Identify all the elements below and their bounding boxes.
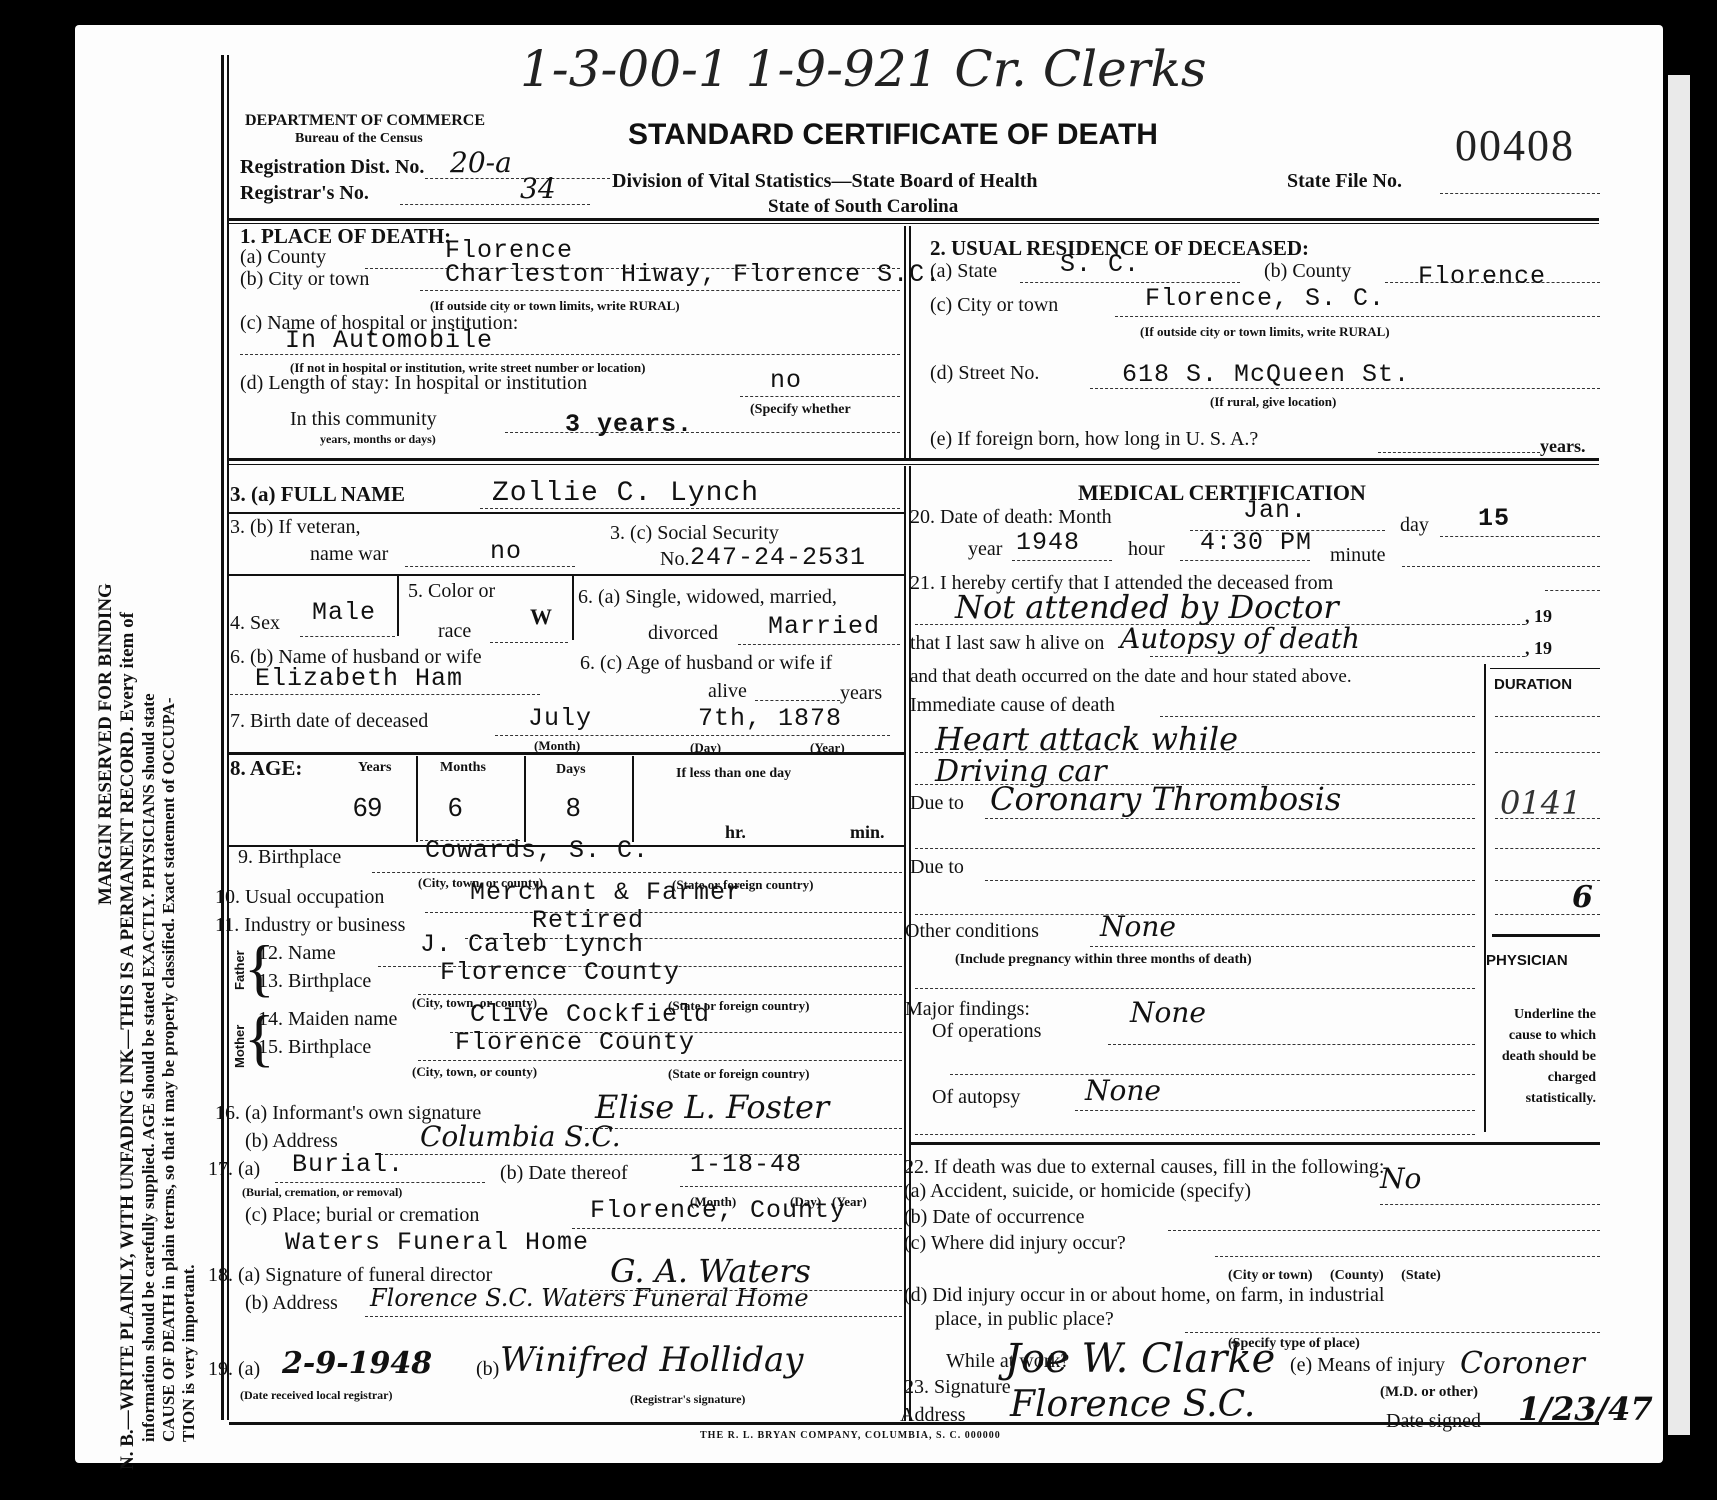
form-left-border-inner xyxy=(227,55,229,1420)
due-to-label-1: Due to xyxy=(910,792,964,815)
margin-line-1: MARGIN RESERVED FOR BINDING xyxy=(95,120,117,1470)
birth-date-line xyxy=(495,735,890,736)
age-col-divider-3 xyxy=(632,756,634,842)
immediate-line-1 xyxy=(1160,716,1475,717)
mother-city-note: (City, town, or county) xyxy=(412,1064,537,1080)
operations-line xyxy=(1108,1044,1475,1045)
external-b-label: (b) Date of occurrence xyxy=(904,1206,1084,1229)
color-line xyxy=(490,642,568,643)
age-col-divider-1 xyxy=(416,756,418,842)
death-hour-line xyxy=(1180,560,1310,561)
spouse-age-label-1: 6. (c) Age of husband or wife if xyxy=(580,652,832,675)
handwritten-annotation: 1-3-00-1 1-9-921 Cr. Clerks xyxy=(520,40,1207,98)
res-street-label: (d) Street No. xyxy=(930,362,1039,385)
community-label: In this community xyxy=(290,408,437,431)
registrar-no-line xyxy=(400,204,590,205)
burial-note: (Burial, cremation, or removal) xyxy=(242,1185,402,1200)
center-divider xyxy=(904,466,906,1421)
death-minute-line xyxy=(1402,566,1600,567)
death-year-label: year xyxy=(968,538,1002,561)
burial-place-label: (c) Place; burial or cremation xyxy=(245,1204,479,1227)
physician-note: Underline the cause to which death shoul… xyxy=(1488,1004,1596,1109)
burial-place-value: Florence, County xyxy=(590,1196,846,1225)
duration-heading: DURATION xyxy=(1494,676,1572,693)
registration-dist-value: 20-a xyxy=(450,146,512,179)
informant-address-line xyxy=(375,1154,902,1155)
signature-title: Coroner xyxy=(1460,1346,1585,1381)
operations-line-2 xyxy=(950,1074,1475,1075)
means-of-injury-label: (e) Means of injury xyxy=(1290,1354,1445,1377)
margin-notice: MARGIN RESERVED FOR BINDING N. B.—WRITE … xyxy=(95,120,199,1470)
address-value: Florence S.C. xyxy=(1010,1384,1255,1425)
registrar-date-label: 19. (a) xyxy=(208,1358,260,1381)
external-a-line xyxy=(1380,1204,1600,1205)
burial-date-value: 1-18-48 xyxy=(690,1150,802,1179)
death-hour-label: hour xyxy=(1128,538,1165,561)
section-divider-2-thin xyxy=(229,464,1599,465)
duration-top-line xyxy=(1490,668,1600,669)
occupation-value: Merchant & Farmer xyxy=(470,878,742,907)
due-to-line-2b xyxy=(915,914,1475,915)
external-a-label: (a) Accident, suicide, or homicide (spec… xyxy=(904,1180,1251,1203)
certify-year-suffix: , 19 xyxy=(1525,606,1552,627)
external-c-line xyxy=(1215,1256,1600,1257)
autopsy-line xyxy=(1075,1110,1475,1111)
stay-value: no xyxy=(770,366,802,395)
death-date-label: 20. Date of death: Month xyxy=(910,506,1112,529)
due-to-value-1: Coronary Thrombosis xyxy=(990,780,1341,818)
veteran-value: no xyxy=(490,537,522,566)
death-county-label: (a) County xyxy=(240,246,326,269)
mother-name-value: Clive Cockfield xyxy=(470,1000,710,1029)
father-birth-value: Florence County xyxy=(440,958,680,987)
veteran-line xyxy=(405,566,575,567)
color-label-2: race xyxy=(438,620,471,643)
res-foreign-suffix: years. xyxy=(1540,436,1585,457)
res-state-label: (a) State xyxy=(930,260,997,283)
other-conditions-line-2 xyxy=(915,988,1475,989)
res-city-line xyxy=(1115,316,1600,317)
age-years-value: 69 xyxy=(353,792,382,823)
birthplace-value: Cowards, S. C. xyxy=(425,836,649,865)
death-year-line xyxy=(1012,560,1112,561)
marital-label-1: 6. (a) Single, widowed, married, xyxy=(578,586,837,609)
signature-label: 23. Signature xyxy=(904,1376,1011,1399)
ssn-label-2: No. xyxy=(660,548,689,571)
funeral-address-line xyxy=(365,1316,902,1317)
full-name-value: Zollie C. Lynch xyxy=(492,478,759,509)
color-value: W xyxy=(530,604,552,630)
burial-value: Burial. xyxy=(292,1150,404,1179)
funeral-address-label: (b) Address xyxy=(245,1292,338,1315)
external-d-label-2: place, in public place? xyxy=(935,1308,1114,1331)
veteran-label-2: name war xyxy=(310,543,388,566)
death-city-value: Charleston Hiway, Florence S.C. xyxy=(445,260,941,289)
bureau-label: Bureau of the Census xyxy=(295,131,423,147)
community-value: 3 years. xyxy=(565,410,693,439)
occurred-label: and that death occurred on the date and … xyxy=(910,666,1352,688)
ssn-value: 247-24-2531 xyxy=(690,543,866,572)
marital-value: Married xyxy=(768,612,880,641)
duration-code: 0141 xyxy=(1500,784,1581,822)
last-saw-value: Autopsy of death xyxy=(1120,622,1360,655)
sex-value: Male xyxy=(312,598,376,627)
spouse-age-label-2: alive xyxy=(708,680,747,703)
age-years-label: Years xyxy=(358,760,391,776)
address-label: Address xyxy=(900,1404,966,1427)
mother-name-label: 14. Maiden name xyxy=(258,1008,397,1031)
ssn-label-1: 3. (c) Social Security xyxy=(610,522,779,545)
death-day-label: day xyxy=(1400,514,1429,537)
father-name-value: J. Caleb Lynch xyxy=(420,930,644,959)
immediate-line-2 xyxy=(915,752,1475,753)
father-name-label: 12. Name xyxy=(258,942,336,965)
burial-place-line xyxy=(572,1228,902,1229)
autopsy-value: None xyxy=(1085,1074,1161,1107)
age-col-divider-2 xyxy=(524,756,526,842)
external-c-notes: (City or town) (County) (State) xyxy=(1228,1268,1441,1284)
occupation-line xyxy=(425,912,902,913)
age-label: 8. AGE: xyxy=(230,756,302,781)
burial-date-label: (b) Date thereof xyxy=(500,1162,628,1185)
division-label: Division of Vital Statistics—State Board… xyxy=(612,170,1038,193)
res-county-label: (b) County xyxy=(1264,260,1351,283)
signature-value: Joe W. Clarke xyxy=(1005,1336,1275,1382)
mother-birth-label: 15. Birthplace xyxy=(258,1036,371,1059)
external-b-line xyxy=(1168,1230,1600,1231)
duration-line-2 xyxy=(1495,752,1600,753)
death-minute-label: minute xyxy=(1330,544,1386,567)
physician-top-line xyxy=(1492,934,1600,937)
race-marital-divider xyxy=(572,576,574,640)
res-foreign-label: (e) If foreign born, how long in U. S. A… xyxy=(930,428,1258,451)
age-months-label: Months xyxy=(440,760,486,776)
margin-line-5: TION is very important. xyxy=(179,120,199,1470)
immediate-cause-label: Immediate cause of death xyxy=(910,694,1115,717)
burial-label: 17. (a) xyxy=(208,1158,260,1181)
informant-signature-value: Elise L. Foster xyxy=(595,1088,829,1126)
due-to-line-1 xyxy=(985,818,1475,819)
mother-birth-value: Florence County xyxy=(455,1028,695,1057)
autopsy-label: Of autopsy xyxy=(932,1086,1020,1109)
death-year-value: 1948 xyxy=(1016,528,1080,557)
informant-address-value: Columbia S.C. xyxy=(420,1120,621,1153)
sex-line xyxy=(300,636,395,637)
registrar-signature-label: (b) xyxy=(476,1358,499,1381)
res-city-note: (If outside city or town limits, write R… xyxy=(1140,324,1390,340)
due-to-label-2: Due to xyxy=(910,856,964,879)
registrar-date-note: (Date received local registrar) xyxy=(240,1388,392,1403)
hr-label: hr. xyxy=(725,822,746,843)
sex-label: 4. Sex xyxy=(230,612,280,635)
major-findings-label: Major findings: xyxy=(905,998,1030,1021)
registrar-no-value: 34 xyxy=(520,172,556,205)
res-street-value: 618 S. McQueen St. xyxy=(1122,360,1410,389)
sex-race-divider xyxy=(397,576,399,636)
age-days-label: Days xyxy=(556,762,586,778)
death-hour-value: 4:30 PM xyxy=(1200,528,1312,557)
res-city-value: Florence, S. C. xyxy=(1145,284,1385,313)
certificate-number: 00408 xyxy=(1455,120,1575,171)
external-d-label-1: (d) Did injury occur in or about home, o… xyxy=(904,1284,1384,1307)
spouse-line xyxy=(230,694,540,695)
duration-mark: 6 xyxy=(1572,880,1593,915)
certificate-title: STANDARD CERTIFICATE OF DEATH xyxy=(628,118,1158,152)
spouse-age-line xyxy=(755,700,840,701)
full-name-label: 3. (a) FULL NAME xyxy=(230,482,405,507)
form-left-border xyxy=(221,55,224,1420)
death-city-label: (b) City or town xyxy=(240,268,369,291)
section-divider-2 xyxy=(229,458,1599,461)
scan-edge xyxy=(1668,75,1690,1435)
funeral-address-value: Florence S.C. Waters Funeral Home xyxy=(370,1284,809,1312)
res-county-value: Florence xyxy=(1418,262,1546,291)
birth-dayyear-value: 7th, 1878 xyxy=(698,704,842,733)
hospital-value: In Automobile xyxy=(285,326,493,355)
certify-line-end xyxy=(1545,590,1600,591)
age-less-label: If less than one day xyxy=(676,766,791,782)
certify-value: Not attended by Doctor xyxy=(955,588,1339,626)
spouse-age-suffix: years xyxy=(840,682,882,705)
margin-line-2: N. B.—WRITE PLAINLY, WITH UNFADING INK—T… xyxy=(117,120,139,1470)
registrar-signature-note: (Registrar's signature) xyxy=(630,1392,745,1407)
birthplace-line xyxy=(372,872,902,873)
last-saw-line xyxy=(1150,656,1525,657)
death-day-line xyxy=(1440,536,1600,537)
external-causes-divider xyxy=(911,1142,1600,1145)
death-day-value: 15 xyxy=(1478,504,1510,533)
res-state-line xyxy=(1020,282,1240,283)
res-foreign-line xyxy=(1378,452,1540,453)
duration-column-divider xyxy=(1484,664,1486,1132)
physician-heading: PHYSICIAN xyxy=(1486,952,1568,969)
duration-line-3 xyxy=(1495,818,1600,819)
duration-line-4 xyxy=(1495,848,1600,849)
color-label-1: 5. Color or xyxy=(408,580,495,603)
other-conditions-label: Other conditions xyxy=(905,920,1039,943)
mother-birth-line xyxy=(418,1060,902,1061)
burial-place-value-2: Waters Funeral Home xyxy=(285,1228,589,1257)
stay-label: (d) Length of stay: In hospital or insti… xyxy=(240,372,587,395)
header-divider xyxy=(229,218,1599,221)
other-conditions-note: (Include pregnancy within three months o… xyxy=(955,952,1252,968)
operations-value: None xyxy=(1130,996,1206,1029)
external-c-label: (c) Where did injury occur? xyxy=(904,1232,1126,1255)
external-d-line xyxy=(1185,1332,1600,1333)
other-conditions-line xyxy=(1090,946,1475,947)
burial-date-line xyxy=(680,1186,902,1187)
res-city-label: (c) City or town xyxy=(930,294,1058,317)
margin-line-4: CAUSE OF DEATH in plain terms, so that i… xyxy=(159,120,179,1470)
birth-date-label: 7. Birth date of deceased xyxy=(230,710,428,733)
death-month-value: Jan. xyxy=(1243,496,1307,525)
name-row-divider xyxy=(229,512,904,514)
birth-month-value: July xyxy=(528,704,592,733)
age-days-value: 8 xyxy=(566,792,580,823)
date-signed-value: 1/23/47 xyxy=(1518,1390,1653,1428)
date-signed-label: Date signed xyxy=(1386,1410,1481,1433)
medical-heading: MEDICAL CERTIFICATION xyxy=(1078,480,1366,506)
registrar-date-value: 2-9-1948 xyxy=(282,1346,432,1381)
due-to-line-2 xyxy=(985,880,1475,881)
autopsy-line-2 xyxy=(915,1134,1475,1135)
state-label: State of South Carolina xyxy=(768,196,958,218)
spouse-value: Elizabeth Ham xyxy=(255,664,463,693)
veteran-row-divider xyxy=(229,574,904,576)
min-label: min. xyxy=(850,822,885,843)
signature-note: (M.D. or other) xyxy=(1380,1384,1478,1401)
other-conditions-value: None xyxy=(1100,910,1176,943)
mother-state-note: (State or foreign country) xyxy=(668,1066,809,1082)
community-note: years, months or days) xyxy=(320,432,436,447)
department-label: DEPARTMENT OF COMMERCE xyxy=(245,112,485,130)
margin-line-3: information should be carefully supplied… xyxy=(139,120,159,1470)
res-street-note: (If rural, give location) xyxy=(1210,394,1336,410)
specify-note: (Specify whether xyxy=(750,402,851,418)
center-divider-2 xyxy=(909,466,911,1421)
occupation-label: 10. Usual occupation xyxy=(215,886,384,909)
external-a-value: No xyxy=(1380,1162,1421,1195)
birth-row-divider xyxy=(229,752,904,755)
burial-line xyxy=(275,1182,485,1183)
age-months-value: 6 xyxy=(448,792,462,823)
birthplace-label: 9. Birthplace xyxy=(238,846,341,869)
printer-line: THE R. L. BRYAN COMPANY, COLUMBIA, S. C.… xyxy=(700,1430,1001,1441)
res-state-value: S. C. xyxy=(1060,250,1140,279)
hospital-line xyxy=(240,354,900,355)
registrar-signature-value: Winifred Holliday xyxy=(500,1340,804,1380)
registration-dist-label: Registration Dist. No. xyxy=(240,156,424,179)
registrar-no-label: Registrar's No. xyxy=(240,182,369,205)
veteran-label-1: 3. (b) If veteran, xyxy=(230,516,361,539)
death-city-line xyxy=(420,290,900,291)
state-file-line xyxy=(1440,193,1600,194)
due-to-line-1b xyxy=(915,848,1475,849)
marital-line xyxy=(738,644,900,645)
last-saw-year-suffix: , 19 xyxy=(1525,638,1552,659)
marital-label-2: divorced xyxy=(648,622,718,645)
last-saw-label: that I last saw h alive on xyxy=(910,632,1104,655)
stay-line xyxy=(740,396,900,397)
duration-line-1 xyxy=(1495,716,1600,717)
state-file-label: State File No. xyxy=(1287,170,1402,193)
operations-label: Of operations xyxy=(932,1020,1041,1043)
father-birth-label: 13. Birthplace xyxy=(258,970,371,993)
informant-signature-line xyxy=(585,1128,902,1129)
external-heading: 22. If death was due to external causes,… xyxy=(904,1156,1384,1179)
